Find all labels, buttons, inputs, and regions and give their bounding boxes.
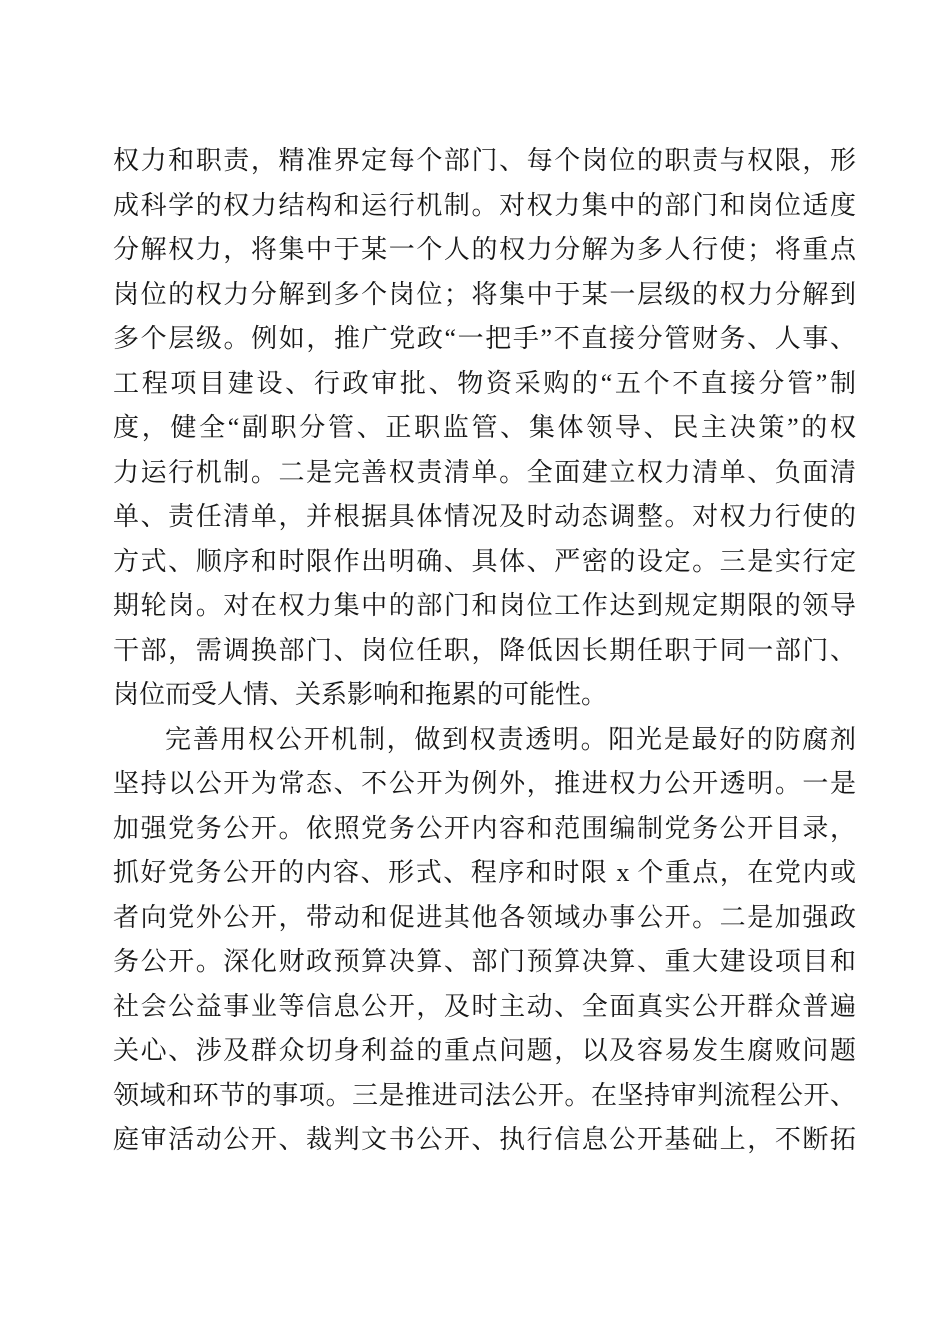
text-line: 力运行机制。二是完善权责清单。全面建立权力清单、负面清 xyxy=(113,451,856,496)
text-line: 分解权力，将集中于某一个人的权力分解为多人行使；将重点 xyxy=(113,228,856,273)
text-line: 干部，需调换部门、岗位任职，降低因长期任职于同一部门、 xyxy=(113,629,856,674)
text-line: 方式、顺序和时限作出明确、具体、严密的设定。三是实行定 xyxy=(113,540,856,585)
text-line: 完善用权公开机制，做到权责透明。阳光是最好的防腐剂 xyxy=(113,718,856,763)
text-line: 单、责任清单，并根据具体情况及时动态调整。对权力行使的 xyxy=(113,495,856,540)
text-line: 成科学的权力结构和运行机制。对权力集中的部门和岗位适度 xyxy=(113,184,856,229)
text-line: 社会公益事业等信息公开，及时主动、全面真实公开群众普遍 xyxy=(113,985,856,1030)
text-line: 坚持以公开为常态、不公开为例外，推进权力公开透明。一是 xyxy=(113,762,856,807)
paragraph-power-decomposition: 权力和职责，精准界定每个部门、每个岗位的职责与权限，形 成科学的权力结构和运行机… xyxy=(113,139,856,718)
text-line: 务公开。深化财政预算决算、部门预算决算、重大建设项目和 xyxy=(113,940,856,985)
text-line: 关心、涉及群众切身利益的重点问题，以及容易发生腐败问题 xyxy=(113,1029,856,1074)
document-page: 权力和职责，精准界定每个部门、每个岗位的职责与权限，形 成科学的权力结构和运行机… xyxy=(0,0,950,1344)
text-line: 领域和环节的事项。三是推进司法公开。在坚持审判流程公开、 xyxy=(113,1074,856,1119)
text-line: 度，健全“副职分管、正职监管、集体领导、民主决策”的权 xyxy=(113,406,856,451)
paragraph-power-transparency: 完善用权公开机制，做到权责透明。阳光是最好的防腐剂 坚持以公开为常态、不公开为例… xyxy=(113,718,856,1163)
text-line: 加强党务公开。依照党务公开内容和范围编制党务公开目录， xyxy=(113,807,856,852)
text-line: 期轮岗。对在权力集中的部门和岗位工作达到规定期限的领导 xyxy=(113,584,856,629)
text-line: 多个层级。例如，推广党政“一把手”不直接分管财务、人事、 xyxy=(113,317,856,362)
text-line: 权力和职责，精准界定每个部门、每个岗位的职责与权限，形 xyxy=(113,139,856,184)
text-line: 者向党外公开，带动和促进其他各领域办事公开。二是加强政 xyxy=(113,896,856,941)
text-line: 抓好党务公开的内容、形式、程序和时限 x 个重点，在党内或 xyxy=(113,851,856,896)
text-line: 庭审活动公开、裁判文书公开、执行信息公开基础上，不断拓 xyxy=(113,1118,856,1163)
text-line: 岗位的权力分解到多个岗位；将集中于某一层级的权力分解到 xyxy=(113,273,856,318)
text-line: 工程项目建设、行政审批、物资采购的“五个不直接分管”制 xyxy=(113,362,856,407)
text-line: 岗位而受人情、关系影响和拖累的可能性。 xyxy=(113,673,856,718)
document-body: 权力和职责，精准界定每个部门、每个岗位的职责与权限，形 成科学的权力结构和运行机… xyxy=(113,139,856,1163)
